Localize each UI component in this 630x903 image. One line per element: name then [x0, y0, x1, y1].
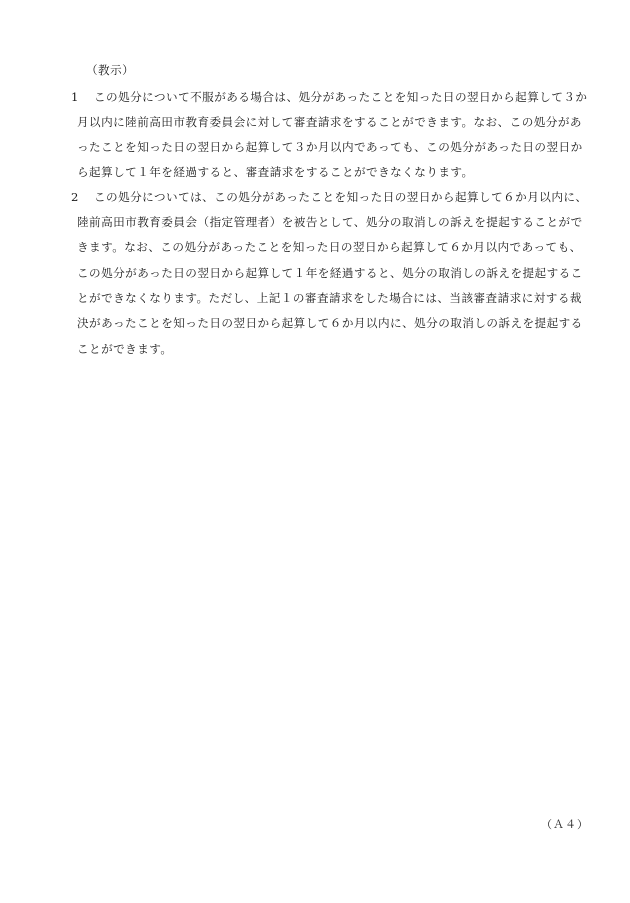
paragraph-line: ことができます。: [77, 342, 172, 356]
paragraph-line: ら起算して１年を経過すると、審査請求をすることができなくなります。: [77, 165, 474, 179]
paper-size-label: （Ａ４）: [541, 818, 589, 832]
document-page: （教示） 1 この処分について不服がある場合は、処分があったことを知った日の翌日…: [0, 0, 630, 903]
paragraph-line: 決があったことを知った日の翌日から起算して６か月以内に、処分の取消しの訴えを提起…: [77, 316, 583, 330]
paragraph-line: 月以内に陸前高田市教育委員会に対して審査請求をすることができます。なお、この処分…: [77, 115, 582, 129]
paragraph-line: きます。なお、この処分があったことを知った日の翌日から起算して６か月以内であって…: [77, 240, 582, 254]
item-number: 1: [71, 90, 78, 104]
paragraph-line: 陸前高田市教育委員会（指定管理者）を被告として、処分の取消しの訴えを提起すること…: [77, 215, 583, 229]
paragraph-line: この処分があった日の翌日から起算して１年を経過すると、処分の取消しの訴えを提起す…: [77, 266, 583, 280]
item-number: 2: [71, 190, 78, 204]
paragraph-line: この処分について不服がある場合は、処分があったことを知った日の翌日から起算して３…: [94, 90, 587, 104]
paragraph-line: この処分については、この処分があったことを知った日の翌日から起算して６か月以内に…: [94, 190, 587, 204]
paragraph-line: とができなくなります。ただし、上記１の審査請求をした場合には、当該審査請求に対す…: [77, 291, 582, 305]
section-heading: （教示）: [86, 63, 134, 77]
paragraph-line: ったことを知った日の翌日から起算して３か月以内であっても、この処分があった日の翌…: [77, 140, 583, 154]
